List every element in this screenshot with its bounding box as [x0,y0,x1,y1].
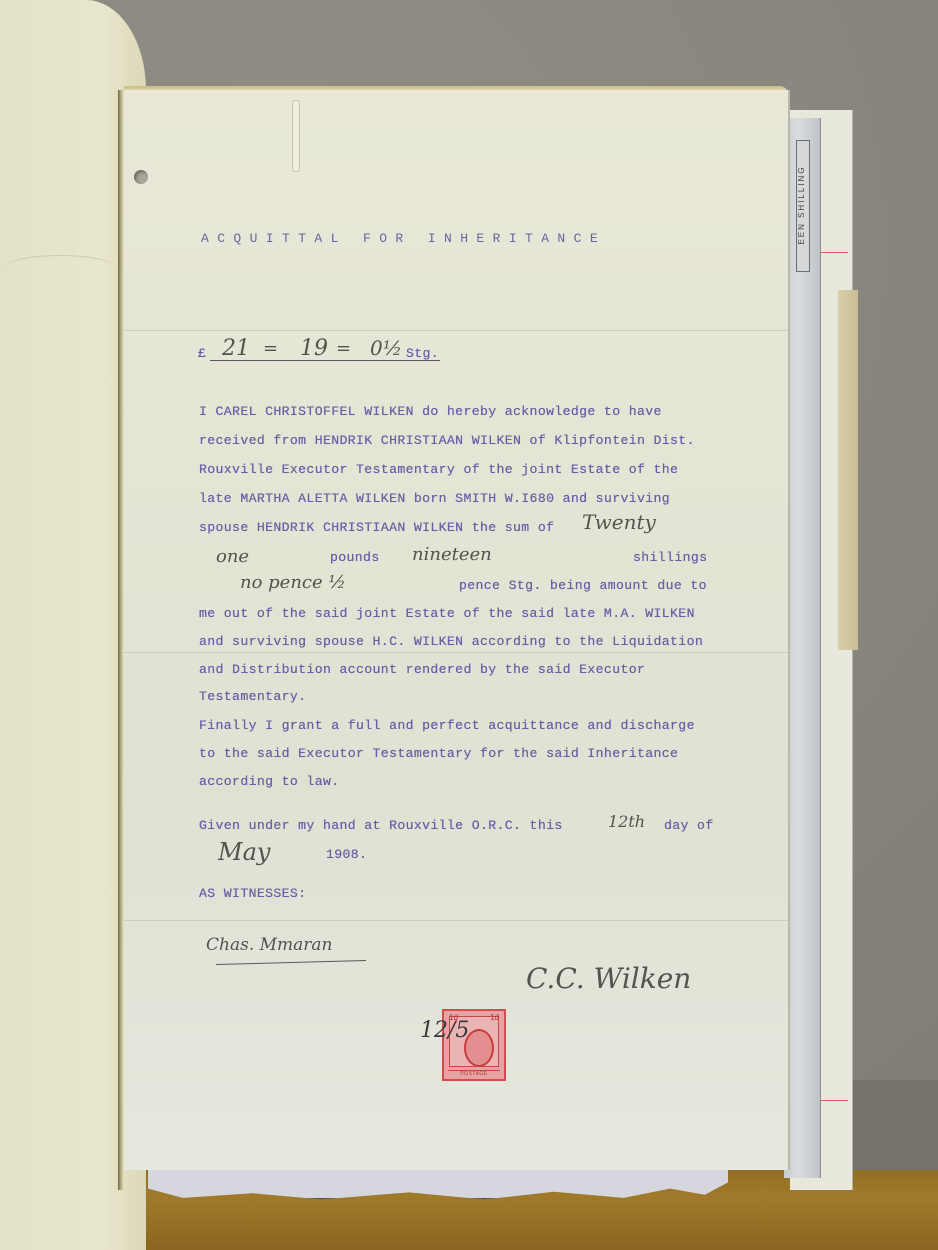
amount-pounds: 21 [222,336,250,361]
red-margin-rule [820,1100,848,1101]
amount-underline [210,360,440,361]
body-line: received from HENDRIK CHRISTIAAN WILKEN … [199,433,695,448]
staple-mark [292,100,300,172]
punch-hole [134,170,148,184]
stamp-value: 1d [490,1013,499,1022]
sum-pence-handwritten: no pence ½ [240,572,346,593]
day-handwritten: 12th [608,812,645,831]
body-line: me out of the said joint Estate of the s… [199,606,695,621]
body-line: I CAREL CHRISTOFFEL WILKEN do hereby ack… [199,404,662,419]
body-line: Finally I grant a full and perfect acqui… [199,718,695,733]
fold-line [124,330,788,331]
revenue-strip: EEN SHILLING [796,140,810,272]
amount-suffix: Stg. [406,346,439,361]
day-of-label: day of [664,818,714,833]
witness-signature: Chas. Mmaran [206,935,333,955]
revenue-strip-text: EEN SHILLING [796,140,808,270]
fold-line [124,652,788,653]
sum-pounds-handwritten-2: one [216,546,249,567]
revenue-sheet-edge [784,118,821,1178]
stamp-footer: POSTAGE [448,1070,500,1077]
book-gutter [118,90,124,1190]
underlying-page-edge [838,290,858,650]
stamp-cancellation: 12/5 [420,1018,469,1043]
witnesses-label: AS WITNESSES: [199,886,306,901]
red-margin-rule [820,252,848,253]
page-crease [0,255,120,286]
amount-pence: 0½ [370,336,402,360]
fold-line [124,920,788,921]
body-line: and surviving spouse H.C. WILKEN accordi… [199,634,703,649]
sum-shillings-handwritten: nineteen [412,544,492,565]
body-line: Testamentary. [199,689,306,704]
shillings-label: shillings [633,550,707,565]
amount-shillings: 19 [300,336,328,361]
pence-label: pence Stg. being amount due to [459,578,707,593]
month-handwritten: May [218,838,270,866]
body-line: spouse HENDRIK CHRISTIAAN WILKEN the sum… [199,520,554,535]
signatory-signature: C.C. Wilken [526,962,691,995]
body-line: to the said Executor Testamentary for th… [199,746,678,761]
currency-symbol: £ [198,346,206,361]
body-line: according to law. [199,774,339,789]
body-line: late MARTHA ALETTA WILKEN born SMITH W.I… [199,491,670,506]
document-page [124,90,788,1170]
amount-separator: = [336,338,351,359]
given-line: Given under my hand at Rouxville O.R.C. … [199,818,563,833]
amount-separator: = [263,338,278,359]
document-title: ACQUITTAL FOR INHERITANCE [201,231,606,246]
body-line: Rouxville Executor Testamentary of the j… [199,462,678,477]
year: 1908. [326,847,367,862]
body-line: and Distribution account rendered by the… [199,662,645,677]
sum-pounds-handwritten: Twenty [582,510,656,534]
pounds-label: pounds [330,550,380,565]
